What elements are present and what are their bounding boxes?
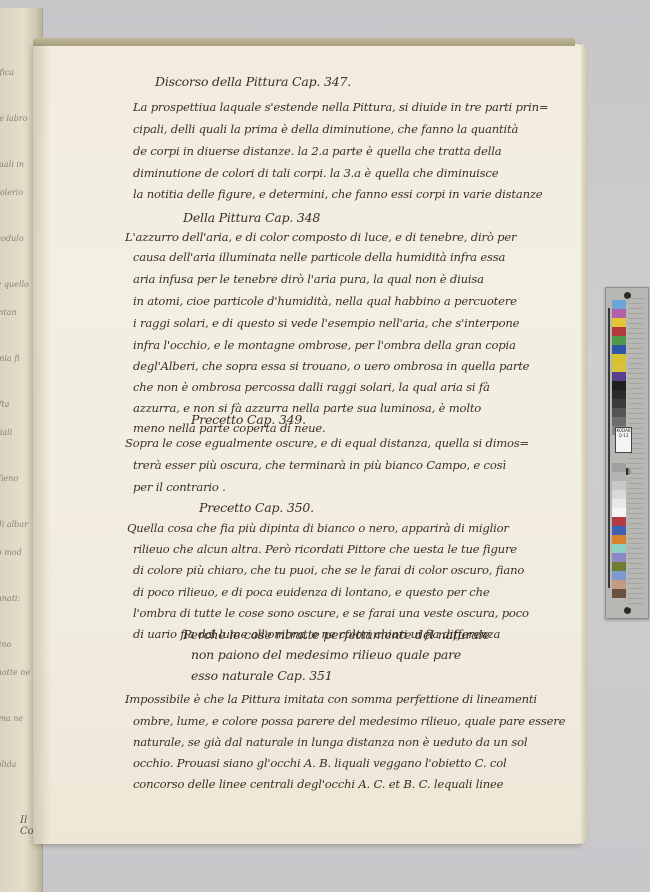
color-patch xyxy=(612,544,626,553)
color-patch xyxy=(612,408,626,417)
color-patch xyxy=(612,381,626,390)
gutter-shadow xyxy=(33,44,51,844)
text-line: azzurra, e non si fà azzurra nella parte… xyxy=(133,401,481,415)
color-patch xyxy=(612,499,626,508)
color-patch xyxy=(612,309,626,318)
text-line: i raggi solari, e di questo si vede l'es… xyxy=(133,316,519,330)
target-rail xyxy=(608,308,610,588)
color-patch xyxy=(612,472,626,481)
color-patch xyxy=(612,589,626,598)
left-margin-text: ...unati: xyxy=(0,594,20,603)
color-patch xyxy=(612,535,626,544)
color-patch xyxy=(612,318,626,327)
text-line: l'ombra di tutte le cose sono oscure, e … xyxy=(133,606,529,620)
chapter-heading-347: Discorso della Pittura Cap. 347. xyxy=(155,74,351,89)
manuscript-page: Discorso della Pittura Cap. 347. La pros… xyxy=(33,44,583,844)
left-margin-text: ...le labro xyxy=(0,114,28,123)
text-line: degl'Alberi, che sopra essa si trouano, … xyxy=(133,359,529,373)
target-scale-ticks xyxy=(628,298,644,608)
left-margin-text: ...quali in xyxy=(0,160,24,169)
color-patch xyxy=(612,490,626,499)
left-margin-text: ...e quello xyxy=(0,280,29,289)
text-line: rilieuo che alcun altra. Però ricordati … xyxy=(133,542,517,556)
text-line: L'azzurro dell'aria, e di color composto… xyxy=(125,230,516,244)
chapter-heading-349: Precetto Cap. 349. xyxy=(191,412,306,427)
text-line: Impossibile è che la Pittura imitata con… xyxy=(125,692,537,706)
text-line: Sopra le cose egualmente oscure, e di eq… xyxy=(125,436,529,450)
page-top-edge xyxy=(33,38,575,46)
text-line: che non è ombrosa percossa dalli raggi s… xyxy=(133,380,490,394)
text-line: infra l'occhio, e le montagne ombrose, p… xyxy=(133,338,516,352)
text-line: cipali, delli quali la prima è della dim… xyxy=(133,122,518,136)
color-patch xyxy=(612,508,626,517)
color-patch xyxy=(612,553,626,562)
target-label: KODAK Q-13 xyxy=(615,427,632,453)
left-margin-text: ...notte ne xyxy=(0,668,30,677)
color-patch xyxy=(612,562,626,571)
left-margin-text: ...entan xyxy=(0,308,17,317)
left-margin-text: ...to mod xyxy=(0,548,22,557)
text-line: occhio. Prouasi siano gl'occhi A. B. liq… xyxy=(133,756,507,770)
color-patch xyxy=(612,580,626,589)
left-margin-text: ...di albar xyxy=(0,520,28,529)
color-patch xyxy=(612,345,626,354)
left-margin-text: ...ema ne xyxy=(0,714,23,723)
left-margin-text: ...modulo xyxy=(0,234,24,243)
color-patch xyxy=(612,399,626,408)
mount-hole-icon xyxy=(624,607,631,614)
text-line: concorso delle linee centrali degl'occhi… xyxy=(133,777,503,791)
text-line: trerà esser più oscura, che terminarà in… xyxy=(133,458,506,472)
text-line: aria infusa per le tenebre dirò l'aria p… xyxy=(133,272,484,286)
color-patch xyxy=(612,417,626,426)
text-line: Quella cosa che fia più dipinta di bianc… xyxy=(127,521,509,535)
left-margin-text: ...olida xyxy=(0,760,16,769)
text-line: di poco rilieuo, e di poca euidenza di l… xyxy=(133,585,490,599)
chapter-heading-350: Precetto Cap. 350. xyxy=(199,500,314,515)
text-line: La prospettiua laquale s'estende nella P… xyxy=(133,100,548,114)
text-line: per il contrario . xyxy=(133,480,226,494)
left-margin-text: ...tifica xyxy=(0,68,14,77)
color-calibration-target: KODAK Q-13 xyxy=(605,287,649,619)
text-line: naturale, se già dal naturale in lunga d… xyxy=(133,735,527,749)
left-margin-text: ...inia fi xyxy=(0,354,20,363)
color-patch xyxy=(612,481,626,490)
text-line: ombre, lume, e colore possa parere del m… xyxy=(133,714,565,728)
color-patch xyxy=(612,372,626,381)
left-margin-text: ...alieno xyxy=(0,474,18,483)
chapter-heading-348: Della Pittura Cap. 348 xyxy=(183,210,320,225)
color-patch xyxy=(612,517,626,526)
left-margin-text: ...tolerio xyxy=(0,188,23,197)
left-margin-text: ...tiali xyxy=(0,428,12,437)
page-right-edge xyxy=(581,44,587,844)
color-patch xyxy=(612,526,626,535)
color-patch xyxy=(612,300,626,309)
chapter-heading-351-line3: esso naturale Cap. 351 xyxy=(191,668,333,683)
color-patch xyxy=(612,327,626,336)
text-line: in atomi, cioe particole d'humidità, nel… xyxy=(133,294,517,308)
color-patch xyxy=(612,571,626,580)
text-line: di colore più chiaro, che tu puoi, che s… xyxy=(133,563,524,577)
color-patches-bottom xyxy=(612,463,626,598)
color-patch xyxy=(612,336,626,345)
color-patch xyxy=(612,463,626,472)
color-patch xyxy=(612,354,626,363)
text-line: de corpi in diuerse distanze. la 2.a par… xyxy=(133,144,502,158)
text-line: diminutione de colori di tali corpi. la … xyxy=(133,166,498,180)
chapter-heading-351-line2: non paiono del medesimo rilieuo quale pa… xyxy=(191,647,461,662)
color-patches-top xyxy=(612,300,626,435)
color-patch xyxy=(612,390,626,399)
text-line: la notitia delle figure, e determini, ch… xyxy=(133,187,542,201)
left-margin-text: ...pino xyxy=(0,640,11,649)
text-line: causa dell'aria illuminata nelle partico… xyxy=(133,250,505,264)
chapter-heading-351-line1: Perche le cose ritratte perfettamente de… xyxy=(183,627,490,642)
left-margin-text: ...ofta xyxy=(0,400,9,409)
color-patch xyxy=(612,363,626,372)
